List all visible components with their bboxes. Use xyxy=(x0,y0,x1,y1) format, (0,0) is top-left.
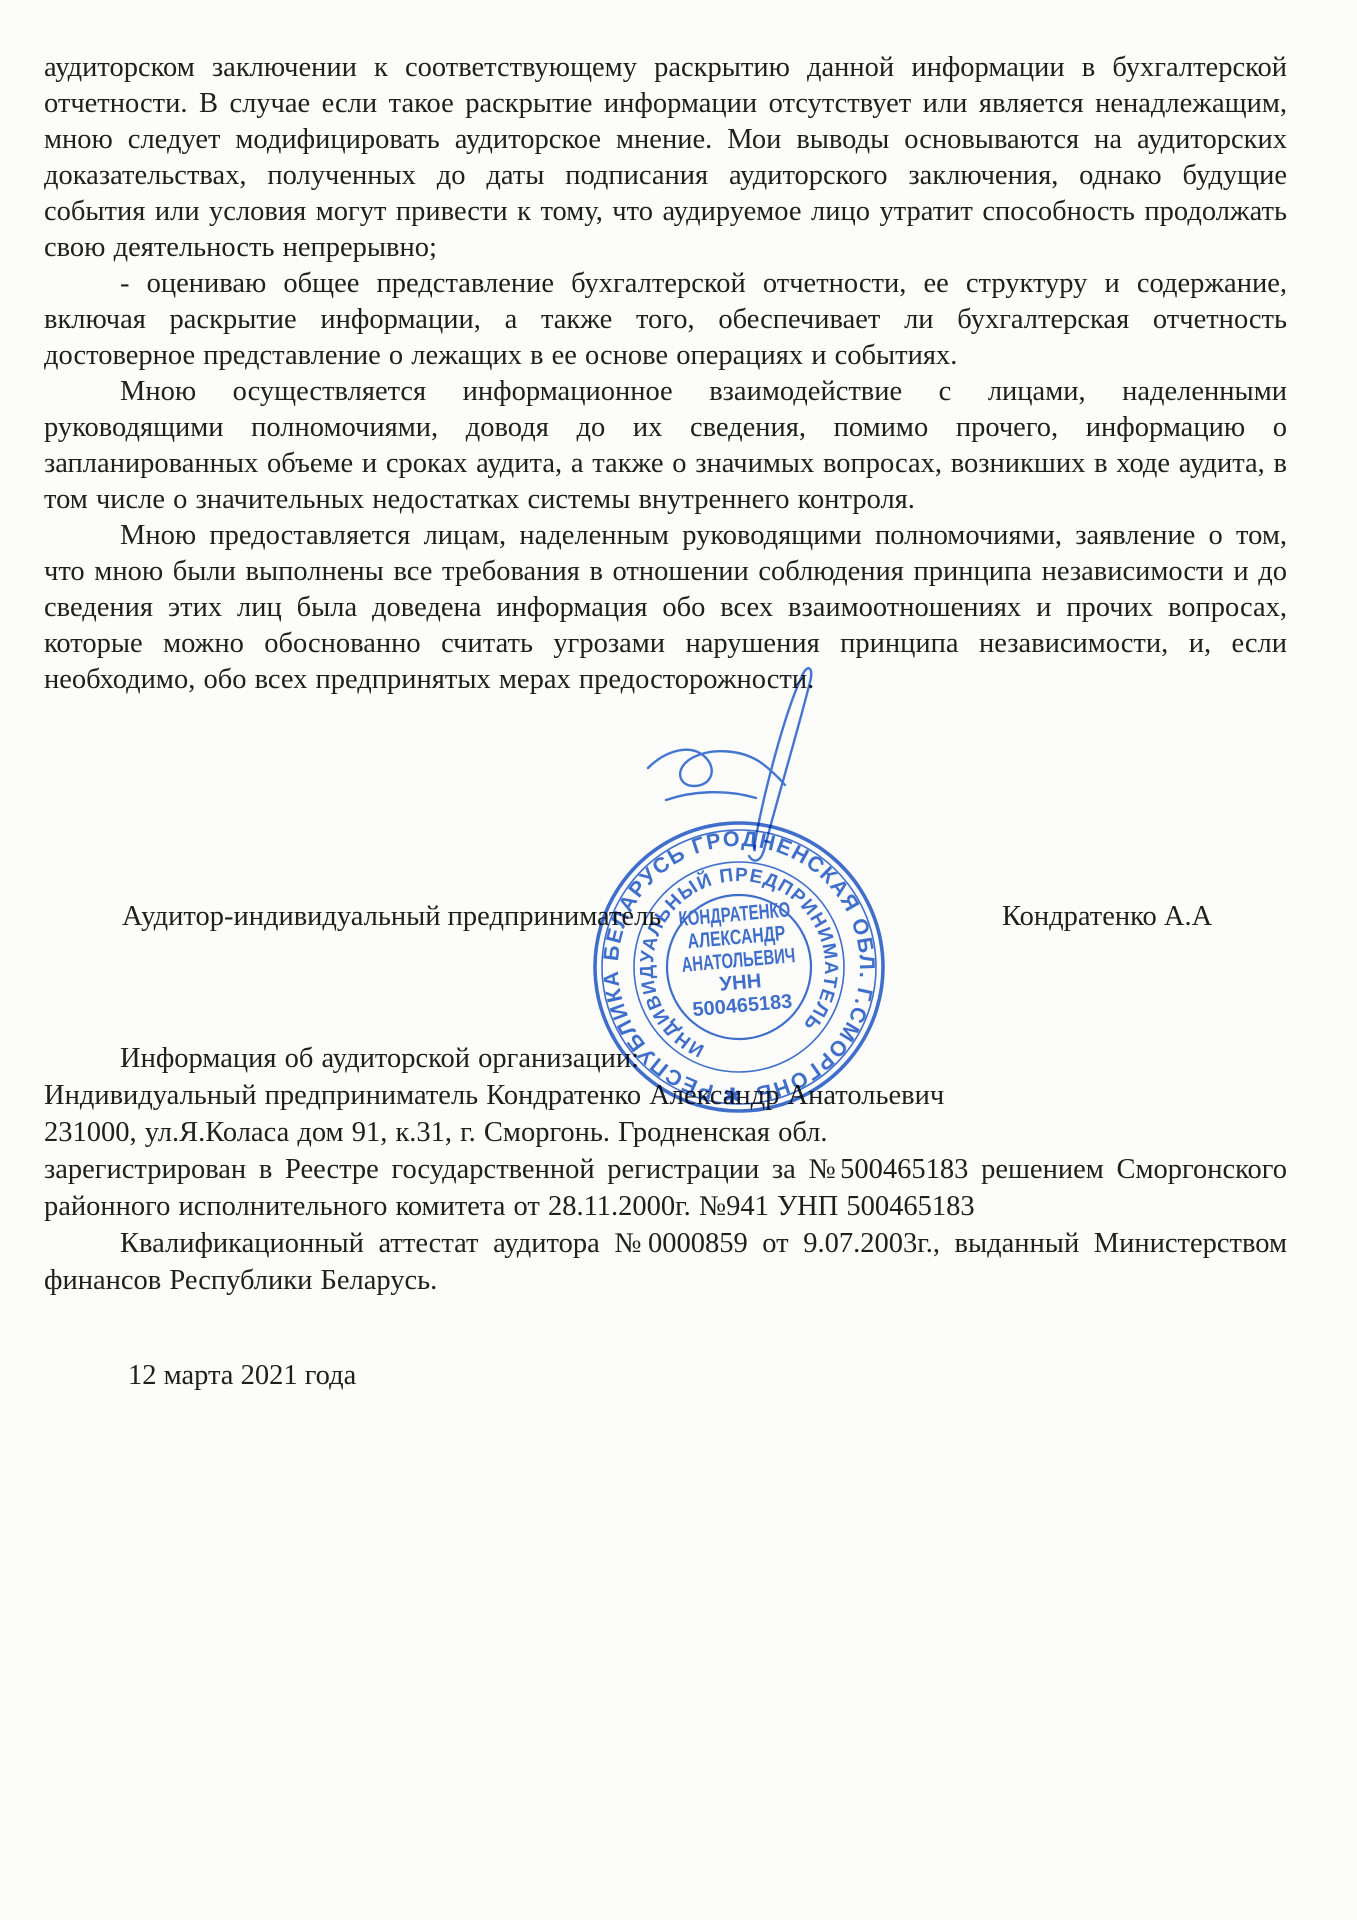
round-seal-stamp: ✱ РЕСПУБЛИКА БЕЛАРУСЬ ГРОДНЕНСКАЯ ОБЛ. Г… xyxy=(575,803,902,1130)
paragraph-going-concern: аудиторском заключении к соответствующем… xyxy=(44,50,1287,266)
signature-name: Кондратенко А.А xyxy=(1002,901,1212,933)
signature-stroke-tail xyxy=(666,792,756,800)
info-registration-line: зарегистрирован в Реестре государственно… xyxy=(44,1151,1287,1225)
stamp-unn-number: 500465183 xyxy=(692,991,794,1022)
info-certificate-line: Квалификационный аттестат аудитора №0000… xyxy=(44,1225,1287,1299)
paragraph-overall-presentation: - оцениваю общее представление бухгалтер… xyxy=(44,266,1287,374)
signature-stroke-squiggle xyxy=(648,750,785,786)
signature-role-label: Аудитор-индивидуальный предприниматель xyxy=(122,901,661,933)
scanned-audit-report-page: аудиторском заключении к соответствующем… xyxy=(0,0,1357,1920)
report-body-text: аудиторском заключении к соответствующем… xyxy=(44,50,1287,698)
stamp-unn-label: УНН xyxy=(719,970,763,996)
document-date: 12 марта 2021 года xyxy=(128,1360,356,1392)
paragraph-communication: Мною осуществляется информационное взаим… xyxy=(44,374,1287,518)
